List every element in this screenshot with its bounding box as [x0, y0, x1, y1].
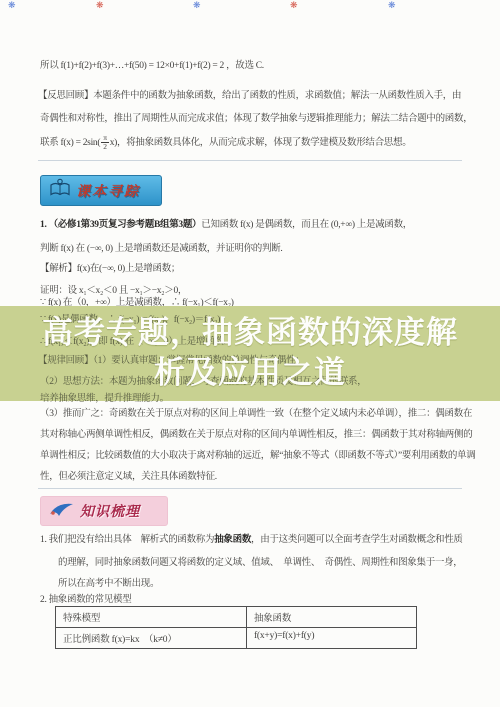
- watermark-line2: 析及应用之道: [30, 353, 470, 393]
- section-banner-label: 知识梳理: [80, 501, 140, 521]
- table-header-abstract-function: 抽象函数: [247, 607, 416, 627]
- document-page: ❋ ❋ ❋ ❋ ❋ 所以 f(1)+f(2)+f(3)+…+f(50) = 12…: [0, 0, 500, 707]
- decorative-mark-icon: ❋: [193, 1, 201, 10]
- problem-line1: 1. （必修1第39页复习参考题B组第3题）已知函数 f(x) 是偶函数，而且在…: [40, 219, 412, 232]
- table-header-row: 特殊模型 抽象函数: [56, 607, 416, 627]
- rule-line6: 单调性相反；比较函数值的大小取决于离对称轴的远近，解“抽象不等式（即函数不等式）…: [40, 450, 476, 463]
- item-number: 1.: [40, 535, 47, 545]
- section-banner-label: 课本寻踪: [76, 181, 140, 201]
- decorative-mark-icon: ❋: [96, 1, 104, 10]
- section-banner-knowledge: 知识梳理: [40, 496, 168, 526]
- watermark-line1: 高考专题，抽象函数的深度解: [30, 313, 470, 353]
- rule-line5: 其对称轴心两侧单调性相反，偶函数在关于原点对称的区间内单调性相反，推三：偶函数于…: [40, 429, 472, 442]
- problem-number: 1.: [40, 220, 47, 230]
- page-title-watermark: 高考专题，抽象函数的深度解 析及应用之道: [30, 313, 470, 393]
- decorative-mark-icon: ❋: [388, 1, 396, 10]
- section-divider: [38, 160, 462, 161]
- knowledge-item1-line3: 所以在高考中不断出现。: [58, 578, 159, 591]
- decorative-mark-icon: ❋: [290, 1, 298, 10]
- problem-line2: 判断 f(x) 在 (−∞, 0) 上是增函数还是减函数，并证明你的判断.: [40, 243, 282, 256]
- knowledge-item1-line2: 的理解，同时抽象函数问题又将函数的定义域、值域、 单调性、 奇偶性、周期性和图象…: [58, 557, 463, 570]
- reflection-paragraph-line1: 【反思回顾】本题条件中的函数为抽象函数，给出了函数的性质，求函数值；解法一从函数…: [38, 90, 461, 103]
- item-number: 2.: [40, 595, 47, 605]
- section-banner-textbook-trace: 课本寻踪: [40, 175, 162, 206]
- rule-line7: 性，但必须注意定义域，关注具体函数特征.: [40, 471, 217, 484]
- rule-line3: 培养抽象思维，提升推理能力。: [40, 393, 169, 406]
- table-header-special-model: 特殊模型: [56, 607, 247, 627]
- reflection-paragraph-line2: 奇偶性和对称性，推出了周期性从而完成求值；体现了数学抽象与逻辑推理能力；解法二结…: [40, 113, 472, 126]
- problem-source: （必修1第39页复习参考题B组第3题）: [49, 220, 202, 230]
- formula-suffix: x)，将抽象函数具体化，从而完成求解，体现了数学建模及数形结合思想。: [110, 138, 412, 148]
- bold-term-abstract-function: 抽象函数: [214, 535, 251, 545]
- section-divider: [38, 488, 462, 489]
- knowledge-item1-line1: 1. 我们把没有给出具体 解析式的函数称为抽象函数，由于这类问题可以全面考查学生…: [40, 534, 463, 547]
- table-row: 正比例函数 f(x)=kx （k≠0） f(x+y)=f(x)+f(y): [56, 627, 416, 648]
- rule-line4: （3）推而广之：奇函数在关于原点对称的区间上单调性一致（在整个定义域内未必单调）…: [40, 408, 472, 421]
- decorative-mark-icon: ❋: [8, 1, 16, 10]
- table-cell-abstract-function: f(x+y)=f(x)+f(y): [247, 628, 416, 648]
- abstract-function-models-table: 特殊模型 抽象函数 正比例函数 f(x)=kx （k≠0） f(x+y)=f(x…: [55, 606, 417, 649]
- fraction-pi-over-2: π2: [101, 134, 108, 151]
- swoosh-bird-icon: [49, 500, 75, 523]
- table-cell-special-model: 正比例函数 f(x)=kx （k≠0）: [56, 628, 247, 648]
- problem-stem: 已知函数 f(x) 是偶函数，而且在 (0,+∞) 上是减函数，: [201, 220, 412, 230]
- formula-prefix: 联系 f(x) = 2sin(: [40, 138, 100, 148]
- open-book-icon: [49, 178, 71, 203]
- solution-conclusion-line: 所以 f(1)+f(2)+f(3)+…+f(50) = 12×0+f(1)+f(…: [40, 60, 264, 73]
- reflection-paragraph-line3: 联系 f(x) = 2sin(π2x)，将抽象函数具体化，从而完成求解，体现了数…: [40, 134, 411, 151]
- solution-line: 【解析】f(x)在(−∞, 0)上是增函数；: [40, 263, 180, 276]
